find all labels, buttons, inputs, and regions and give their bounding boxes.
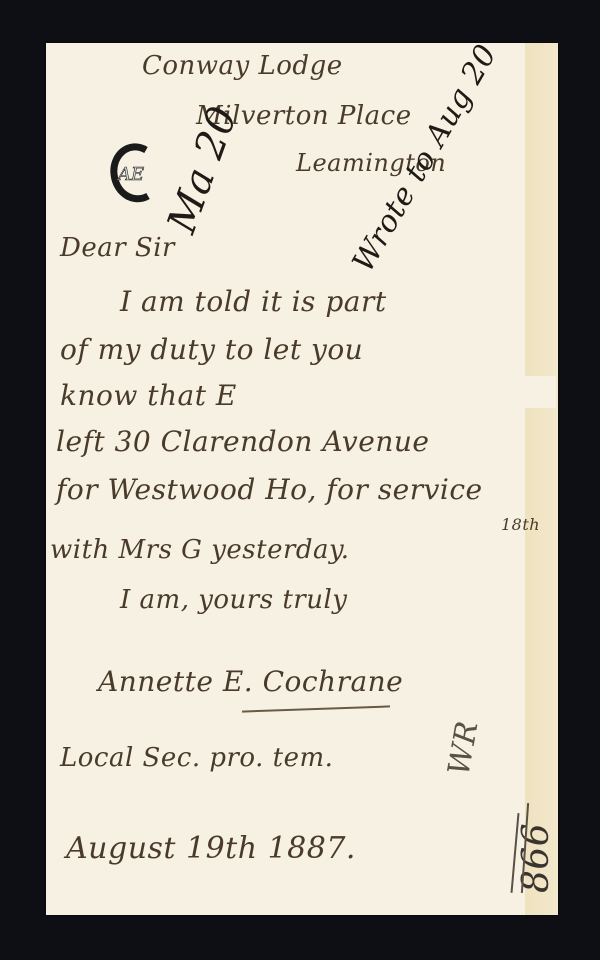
body-line-6: with Mrs G yesterday. <box>50 535 350 565</box>
letter-page: AE Conway Lodge Milverton Place Leamingt… <box>46 43 558 915</box>
address-line-1: Conway Lodge <box>142 51 343 81</box>
body-line-3: know that E <box>60 379 237 412</box>
body-line-5: for Westwood Ho, for service <box>56 473 483 506</box>
svg-text:AE: AE <box>116 164 144 185</box>
superscript-18th: 18th <box>501 515 540 534</box>
annotation-overwrite-1: Ma 20 <box>159 100 247 239</box>
body-line-2: of my duty to let you <box>60 333 363 366</box>
salutation: Dear Sir <box>60 233 175 263</box>
letter-date: August 19th 1887. <box>66 831 356 866</box>
signature-underline <box>242 705 390 712</box>
monogram-icon: AE <box>108 138 152 208</box>
margin-initials: WR <box>442 718 486 778</box>
sender-title: Local Sec. pro. tem. <box>60 743 333 773</box>
signature: Annette E. Cochrane <box>98 665 403 698</box>
body-line-4: left 30 Clarendon Avenue <box>56 425 429 458</box>
body-line-1: I am told it is part <box>120 285 387 318</box>
closing: I am, yours truly <box>120 585 347 615</box>
redaction-block <box>266 376 556 408</box>
yellowed-edge <box>525 43 558 915</box>
